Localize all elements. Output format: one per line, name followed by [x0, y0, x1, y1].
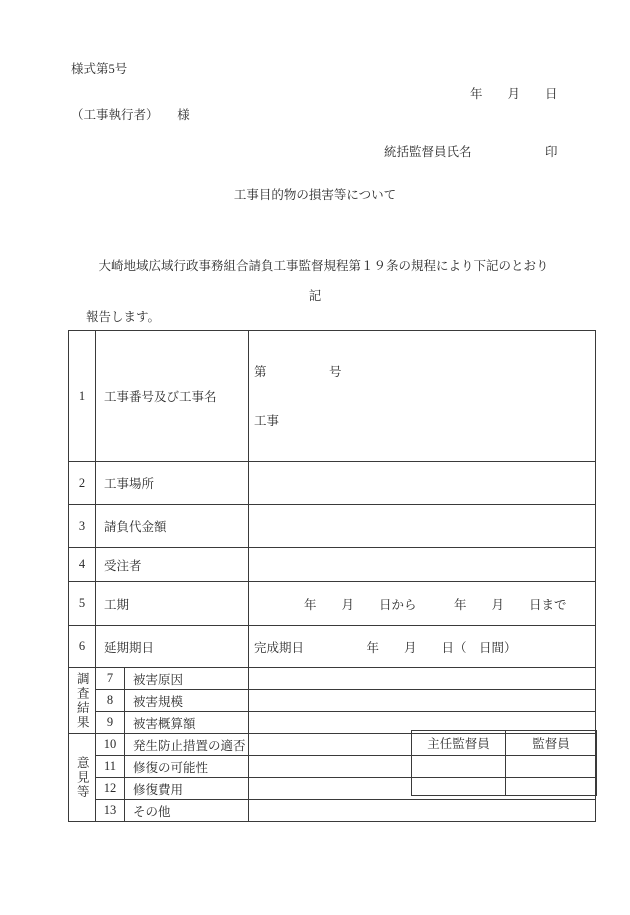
- row-label: その他: [125, 800, 249, 822]
- row-value: 完成期日 年 月 日（ 日間）: [249, 626, 596, 668]
- body-line-2: 報告します。: [86, 306, 549, 329]
- row-value: [249, 462, 596, 505]
- row-label: 受注者: [96, 548, 249, 582]
- table-row: 13 その他: [69, 800, 596, 822]
- row-number: 1: [69, 331, 96, 462]
- table-row: 8 被害規模: [69, 690, 596, 712]
- row-value: [249, 505, 596, 548]
- supervisor-name-label: 統括監督員氏名: [384, 145, 472, 159]
- row-value: 年 月 日から 年 月 日まで: [249, 582, 596, 626]
- sign-table-header-row: 主任監督員 監督員: [412, 731, 597, 756]
- row-number: 11: [96, 756, 125, 778]
- row-number: 4: [69, 548, 96, 582]
- body-line-1: 大崎地域広域行政事務組合請負工事監督規程第１９条の規程により下記のとおり: [86, 255, 549, 278]
- row-label: 工事場所: [96, 462, 249, 505]
- document-page: 様式第5号 年 月 日 （工事執行者） 様 統括監督員氏名 印 工事目的物の損害…: [0, 0, 630, 915]
- row-label: 発生防止措置の適否: [125, 734, 249, 756]
- row-value: 第 号 工事: [249, 331, 596, 462]
- chief-inspector-sign-cell: [412, 756, 506, 796]
- row-number: 3: [69, 505, 96, 548]
- row-label: 延期期日: [96, 626, 249, 668]
- table-row: 1 工事番号及び工事名 第 号 工事: [69, 331, 596, 462]
- row-number: 2: [69, 462, 96, 505]
- document-title: 工事目的物の損害等について: [0, 188, 630, 202]
- group-label-survey-text: 調査結果: [76, 672, 89, 730]
- row-value: [249, 668, 596, 690]
- date-line: 年 月 日: [470, 87, 558, 101]
- row-number: 5: [69, 582, 96, 626]
- form-number: 様式第5号: [71, 62, 127, 76]
- row-label: 被害規模: [125, 690, 249, 712]
- row-number: 10: [96, 734, 125, 756]
- row-value: [249, 548, 596, 582]
- row-number: 9: [96, 712, 125, 734]
- row-number: 8: [96, 690, 125, 712]
- table-row: 4 受注者: [69, 548, 596, 582]
- inspector-header: 監督員: [506, 731, 597, 756]
- row-number: 12: [96, 778, 125, 800]
- row-value: [249, 690, 596, 712]
- row-label: 被害概算額: [125, 712, 249, 734]
- table-row: 6 延期期日 完成期日 年 月 日（ 日間）: [69, 626, 596, 668]
- addressee-line: （工事執行者） 様: [71, 108, 190, 122]
- sign-table-blank-row: [412, 756, 597, 796]
- value-line-1: 第 号: [254, 363, 595, 382]
- group-label-opinion-text: 意見等: [76, 756, 89, 800]
- row-label: 被害原因: [125, 668, 249, 690]
- value-line-2: 工事: [254, 412, 595, 431]
- table-row: 5 工期 年 月 日から 年 月 日まで: [69, 582, 596, 626]
- table-row: 調査結果 7 被害原因: [69, 668, 596, 690]
- table-row: 3 請負代金額: [69, 505, 596, 548]
- row-label: 工期: [96, 582, 249, 626]
- inspector-sign-table: 主任監督員 監督員: [411, 730, 597, 796]
- table-row: 2 工事場所: [69, 462, 596, 505]
- row-label: 修復費用: [125, 778, 249, 800]
- record-heading: 記: [0, 289, 630, 303]
- seal-mark: 印: [545, 145, 558, 159]
- row-number: 13: [96, 800, 125, 822]
- group-label-survey: 調査結果: [69, 668, 96, 734]
- inspector-sign-cell: [506, 756, 597, 796]
- chief-inspector-header: 主任監督員: [412, 731, 506, 756]
- row-number: 6: [69, 626, 96, 668]
- row-label: 請負代金額: [96, 505, 249, 548]
- row-label: 修復の可能性: [125, 756, 249, 778]
- row-number: 7: [96, 668, 125, 690]
- row-value: [249, 800, 596, 822]
- row-label: 工事番号及び工事名: [96, 331, 249, 462]
- group-label-opinion: 意見等: [69, 734, 96, 822]
